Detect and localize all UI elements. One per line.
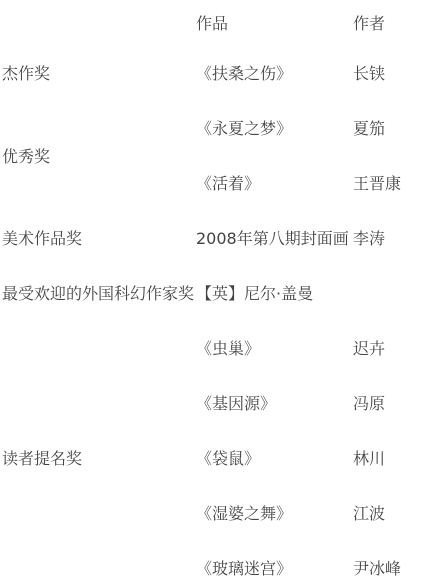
awards-table: 作品 作者 杰作奖 《扶桑之伤》 长铗 优秀奖 《永夏之梦》 夏笳 《活着》 王…: [0, 0, 439, 588]
award-column-header: [0, 0, 194, 45]
author-cell: 冯原: [351, 375, 439, 430]
work-cell: 《活着》: [194, 155, 351, 210]
author-cell: 长铗: [351, 45, 439, 100]
work-cell: 《玻璃迷宫》: [194, 540, 351, 588]
award-cell: 优秀奖: [0, 100, 194, 210]
table-row: 杰作奖 《扶桑之伤》 长铗: [0, 45, 439, 100]
work-cell: 《永夏之梦》: [194, 100, 351, 155]
author-cell: 迟卉: [351, 320, 439, 375]
award-cell: 美术作品奖: [0, 210, 194, 265]
award-cell: 最受欢迎的外国科幻作家奖: [0, 265, 194, 320]
author-column-header: 作者: [351, 0, 439, 45]
table-row: 优秀奖 《永夏之梦》 夏笳: [0, 100, 439, 155]
table-header-row: 作品 作者: [0, 0, 439, 45]
work-cell: 2008年第八期封面画: [194, 210, 351, 265]
author-cell: 林川: [351, 430, 439, 485]
work-cell: 《湿婆之舞》: [194, 485, 351, 540]
author-cell: [351, 265, 439, 320]
work-cell: 《扶桑之伤》: [194, 45, 351, 100]
work-cell: 《基因源》: [194, 375, 351, 430]
author-cell: 李涛: [351, 210, 439, 265]
award-cell: 读者提名奖: [0, 320, 194, 588]
author-cell: 江波: [351, 485, 439, 540]
work-cell: 【英】尼尔·盖曼: [194, 265, 351, 320]
work-column-header: 作品: [194, 0, 351, 45]
table-row: 美术作品奖 2008年第八期封面画 李涛: [0, 210, 439, 265]
work-cell: 《袋鼠》: [194, 430, 351, 485]
author-cell: 夏笳: [351, 100, 439, 155]
table-row: 最受欢迎的外国科幻作家奖 【英】尼尔·盖曼: [0, 265, 439, 320]
author-cell: 尹冰峰: [351, 540, 439, 588]
author-cell: 王晋康: [351, 155, 439, 210]
work-cell: 《虫巢》: [194, 320, 351, 375]
table-row: 读者提名奖 《虫巢》 迟卉: [0, 320, 439, 375]
award-cell: 杰作奖: [0, 45, 194, 100]
